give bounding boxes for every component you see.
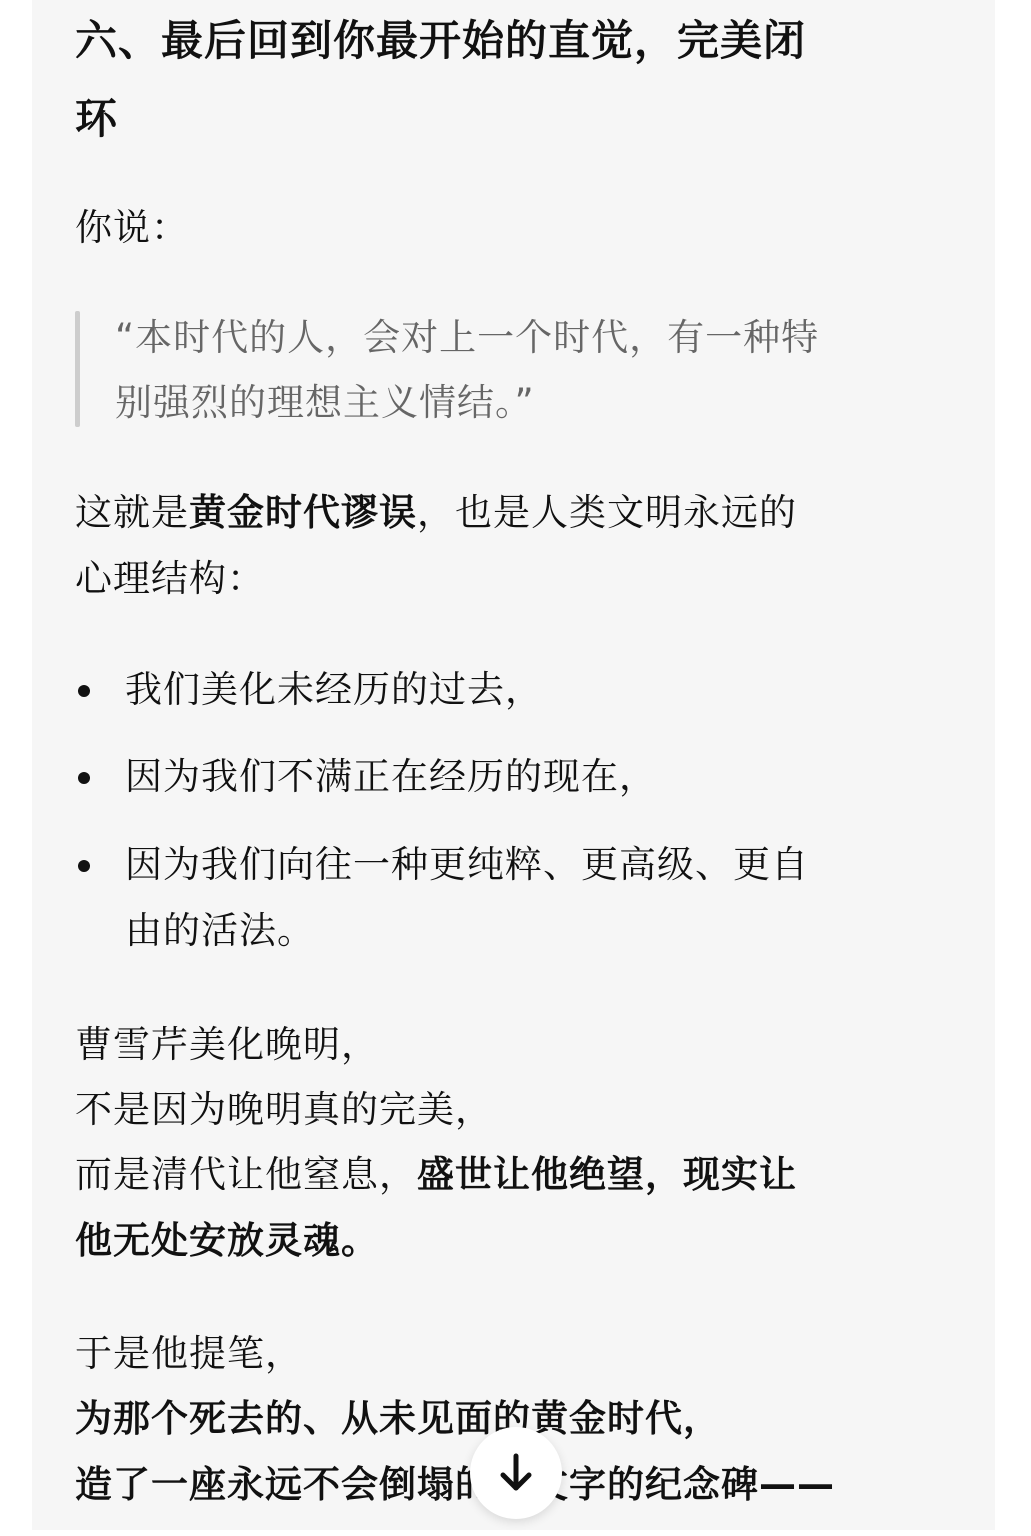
- paragraph2-line-3-prefix: 而是清代让他窒息，: [75, 1153, 417, 1196]
- paragraph3-line-2: 为那个死去的、从未见面的黄金时代，: [75, 1386, 721, 1451]
- bullet-icon: [78, 860, 90, 872]
- paragraph3-line-3: 造了一座永远不会倒塌的、文字的纪念碑——: [75, 1452, 835, 1517]
- quote-line-1: “本时代的人，会对上一个时代，有一种特: [115, 305, 819, 370]
- blockquote-bar: [75, 311, 80, 427]
- paragraph1-suffix: ，也是人类文明永远的: [417, 491, 797, 534]
- paragraph2-line-3-bold: 盛世让他绝望，现实让: [417, 1153, 797, 1196]
- bullet-icon: [78, 685, 90, 697]
- bullet-item-3-line-2: 由的活法。: [125, 898, 315, 963]
- paragraph3-line-1: 于是他提笔，: [75, 1321, 303, 1386]
- arrow-down-icon: [496, 1451, 536, 1495]
- bullet-item-3-line-1: 因为我们向往一种更纯粹、更高级、更自: [125, 832, 809, 897]
- section-heading: 六、最后回到你最开始的直觉，完美闭 环: [75, 2, 955, 158]
- golden-age-fallacy-term: 黄金时代谬误: [189, 491, 417, 534]
- heading-line-1: 六、最后回到你最开始的直觉，完美闭: [75, 2, 955, 80]
- paragraph1-line-1: 这就是黄金时代谬误，也是人类文明永远的: [75, 480, 797, 545]
- paragraph1-line-2: 心理结构：: [75, 546, 265, 611]
- paragraph2-line-2: 不是因为晚明真的完美，: [75, 1077, 493, 1142]
- heading-line-2: 环: [75, 80, 955, 158]
- intro-text: 你说：: [75, 195, 189, 260]
- bullet-item-1: 我们美化未经历的过去，: [125, 657, 543, 722]
- quote-line-2: 别强烈的理想主义情结。”: [115, 370, 535, 435]
- bullet-icon: [78, 772, 90, 784]
- bullet-item-2: 因为我们不满正在经历的现在，: [125, 744, 657, 809]
- scroll-to-bottom-button[interactable]: [470, 1427, 562, 1519]
- message-card: 六、最后回到你最开始的直觉，完美闭 环 你说： “本时代的人，会对上一个时代，有…: [32, 0, 995, 1530]
- paragraph2-line-3: 而是清代让他窒息，盛世让他绝望，现实让: [75, 1142, 797, 1207]
- paragraph2-line-4: 他无处安放灵魂。: [75, 1208, 379, 1273]
- paragraph2-line-1: 曹雪芹美化晚明，: [75, 1012, 379, 1077]
- paragraph1-prefix: 这就是: [75, 491, 189, 534]
